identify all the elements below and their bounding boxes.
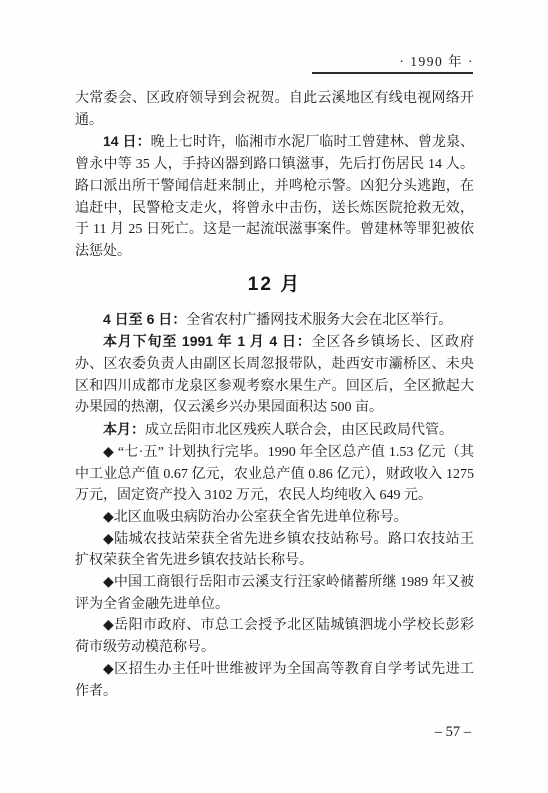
bullet-model-worker-award: ◆岳阳市政府、市总工会授予北区陆城镇泗垅小学校长彭彩荷市级劳动模范称号。: [75, 615, 474, 658]
header-rule: [312, 72, 473, 74]
para-lead: 本月：: [103, 421, 145, 437]
bullet-agritech-station-awards: ◆陆城农技站荣获全省先进乡镇农技站称号。路口农技站王扩权荣获全省先进乡镇农技站长…: [75, 529, 474, 572]
para-text: ◆区招生办主任叶世维被评为全国高等教育自学考试先进工作者。: [75, 662, 474, 699]
para-nov-14-incident: 14 日：晚上七时许，临湘市水泥厂临时工曾建林、曾龙泉、曾永中等 35 人，手持…: [75, 131, 474, 262]
page-body: 大常委会、区政府领导到会祝贺。自此云溪地区有线电视网络开通。 14 日：晚上七时…: [75, 88, 474, 702]
bullet-seven-five-plan-completed: ◆ “七·五” 计划执行完毕。1990 年全区总产值 1.53 亿元（其中工业总…: [75, 442, 474, 507]
para-continued-from-previous-page: 大常委会、区政府领导到会祝贺。自此云溪地区有线电视网络开通。: [75, 88, 474, 131]
para-dec-4-6-broadcast-conference: 4 日至 6 日：全省农村广播网技术服务大会在北区举行。: [75, 309, 474, 332]
para-text: ◆北区血吸虫病防治办公室获全省先进单位称号。: [103, 510, 408, 525]
document-page: · 1990 年 · 大常委会、区政府领导到会祝贺。自此云溪地区有线电视网络开通…: [0, 0, 548, 793]
month-heading-december: 12 月: [75, 272, 474, 298]
para-lead: 14 日：: [103, 133, 151, 149]
para-text: ◆中国工商银行岳阳市云溪支行汪家岭储蓄所继 1989 年又被评为全省金融先进单位…: [75, 575, 474, 612]
bullet-self-study-exam-award: ◆区招生办主任叶世维被评为全国高等教育自学考试先进工作者。: [75, 659, 474, 702]
para-lead: 4 日至 6 日：: [103, 311, 186, 327]
para-text: 晚上七时许，临湘市水泥厂临时工曾建林、曾龙泉、曾永中等 35 人，手持凶器到路口…: [75, 135, 474, 259]
running-title: · 1990 年 ·: [399, 54, 474, 70]
para-disabled-persons-federation: 本月：成立岳阳市北区残疾人联合会，由区民政局代管。: [75, 419, 474, 442]
para-fruit-study-tour: 本月下旬至 1991 年 1 月 4 日：全区各乡镇场长、区政府办、区农委负责人…: [75, 331, 474, 419]
para-text: 全省农村广播网技术服务大会在北区举行。: [186, 313, 452, 328]
page-number: – 57 –: [435, 724, 471, 741]
para-text: 成立岳阳市北区残疾人联合会，由区民政局代管。: [145, 423, 453, 438]
bullet-schistosomiasis-office-award: ◆北区血吸虫病防治办公室获全省先进单位称号。: [75, 507, 474, 529]
para-text: ◆ “七·五” 计划执行完毕。1990 年全区总产值 1.53 亿元（其中工业总…: [75, 445, 474, 503]
para-text: 大常委会、区政府领导到会祝贺。自此云溪地区有线电视网络开通。: [75, 91, 474, 128]
bullet-icbc-savings-office-award: ◆中国工商银行岳阳市云溪支行汪家岭储蓄所继 1989 年又被评为全省金融先进单位…: [75, 572, 474, 615]
para-text: ◆陆城农技站荣获全省先进乡镇农技站称号。路口农技站王扩权荣获全省先进乡镇农技站长…: [75, 532, 474, 569]
para-lead: 本月下旬至 1991 年 1 月 4 日：: [103, 333, 312, 349]
para-text: ◆岳阳市政府、市总工会授予北区陆城镇泗垅小学校长彭彩荷市级劳动模范称号。: [75, 618, 474, 655]
